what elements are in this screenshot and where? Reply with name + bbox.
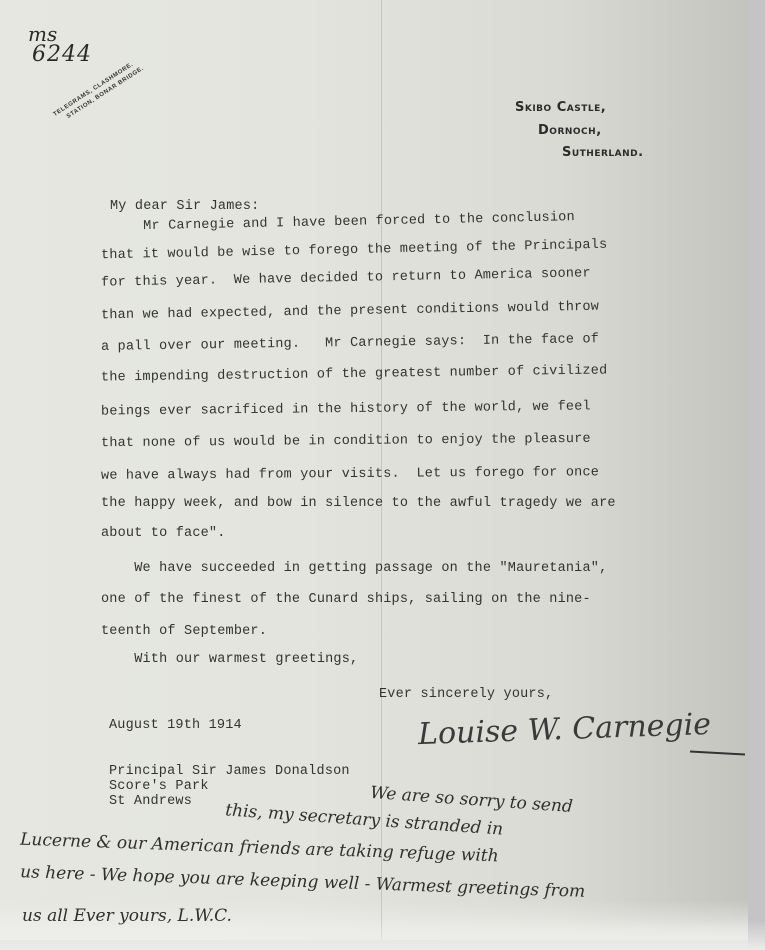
recipient-address: Score's Park (109, 779, 209, 794)
page-bottom-background (0, 920, 765, 950)
body-line: about to face". (101, 526, 226, 541)
body-line: one of the finest of the Cunard ships, s… (101, 592, 591, 607)
body-line: With our warmest greetings, (101, 652, 358, 667)
body-line: teenth of September. (101, 624, 267, 639)
recipient-city: St Andrews (109, 794, 192, 809)
letterhead-address-line: Sutherland. (562, 145, 644, 160)
letterhead-address-line: Skibo Castle, (515, 100, 606, 115)
page-edge-background (748, 0, 765, 950)
archive-ms-number: 6244 (32, 42, 92, 67)
body-line: the happy week, and bow in silence to th… (101, 496, 616, 511)
letter-body: My dear Sir James: Mr Carnegie and I hav… (0, 0, 17, 330)
recipient-name: Principal Sir James Donaldson (109, 764, 350, 779)
letter-date: August 19th 1914 (109, 718, 242, 733)
salutation: My dear Sir James: (110, 199, 259, 214)
body-line: We have succeeded in getting passage on … (101, 561, 607, 576)
letterhead-address-line: Dornoch, (538, 123, 602, 138)
closing: Ever sincerely yours, (379, 687, 553, 702)
